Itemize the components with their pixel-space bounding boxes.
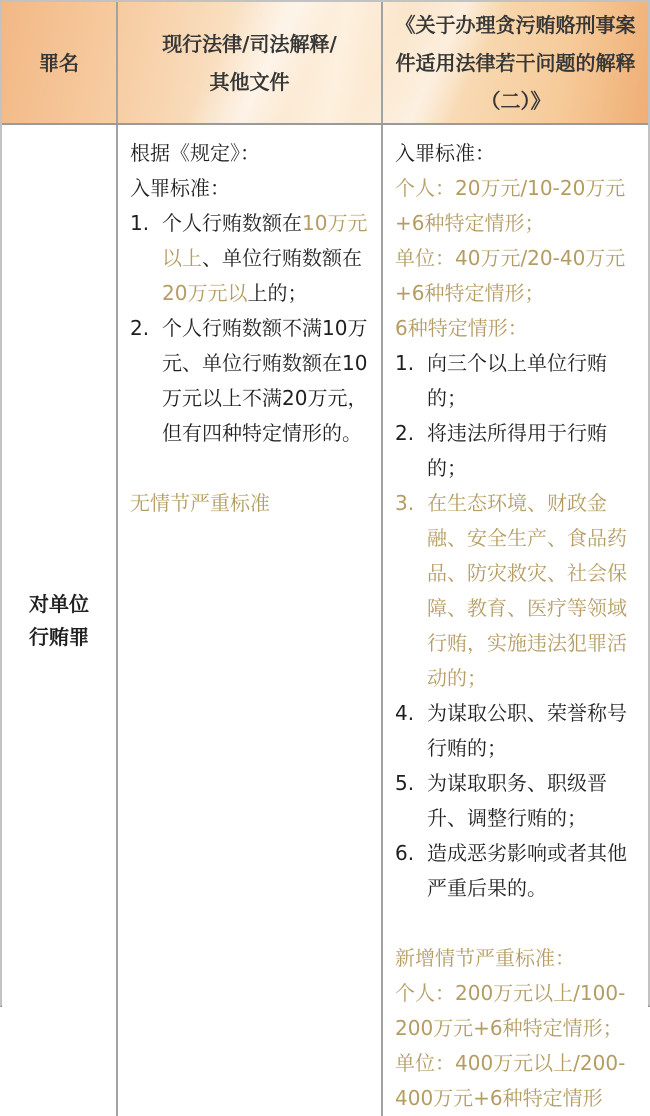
bribery-standards-table: 罪名 现行法律/司法解释/ 其他文件 《关于办理贪污贿赂刑事案 件适用法律若干问…: [0, 0, 650, 1007]
text-segment: 根据《规定》：: [130, 141, 260, 165]
text-segment: 、单位行贿数额在: [202, 246, 362, 270]
spacer: [130, 451, 373, 486]
text-segment: 个人：20万元/10-20万元+6种特定情形；: [395, 176, 625, 235]
list-item-text: 个人行贿数额不满10万元、单位行贿数额在10万元以上不满20万元，但有四种特定情…: [162, 311, 373, 451]
text-segment: 入罪标准：: [130, 176, 230, 200]
list-item: 6.造成恶劣影响或者其他严重后果的。: [395, 836, 640, 906]
list-number: 1.: [130, 206, 162, 311]
list-item: 5.为谋取职务、职级晋升、调整行贿的；: [395, 766, 640, 836]
text-segment: 单位：400万元以上/200-400万元+6种特定情形: [395, 1051, 625, 1110]
text-line: 单位：400万元以上/200-400万元+6种特定情形: [395, 1046, 640, 1116]
header-cell-crime: 罪名: [2, 2, 118, 123]
text-line: 无情节严重标准: [130, 486, 373, 521]
list-number: 2.: [130, 311, 162, 451]
list-item: 1.个人行贿数额在10万元以上、单位行贿数额在20万元以上的；: [130, 206, 373, 311]
text-segment: 将违法所得用于行贿的；: [427, 421, 607, 480]
text-segment: 个人行贿数额在: [162, 211, 302, 235]
table-header-row: 罪名 现行法律/司法解释/ 其他文件 《关于办理贪污贿赂刑事案 件适用法律若干问…: [2, 2, 648, 125]
text-segment: 上的；: [247, 281, 307, 305]
list-item-text: 造成恶劣影响或者其他严重后果的。: [427, 836, 640, 906]
table-body-row: 对单位 行贿罪 根据《规定》：入罪标准：1.个人行贿数额在10万元以上、单位行贿…: [2, 125, 648, 1116]
text-segment: 入罪标准：: [395, 141, 495, 165]
list-item-text: 个人行贿数额在10万元以上、单位行贿数额在20万元以上的；: [162, 206, 373, 311]
text-segment: 个人：200万元以上/100-200万元+6种特定情形；: [395, 981, 625, 1040]
spacer: [395, 906, 640, 941]
list-item-text: 将违法所得用于行贿的；: [427, 416, 640, 486]
text-segment: 单位：40万元/20-40万元+6种特定情形；: [395, 246, 625, 305]
list-item: 3.在生态环境、财政金融、安全生产、食品药品、防灾救灾、社会保障、教育、医疗等领…: [395, 486, 640, 696]
text-segment: 新增情节严重标准：: [395, 946, 575, 970]
header-cell-current-law: 现行法律/司法解释/ 其他文件: [118, 2, 383, 123]
text-line: 入罪标准：: [130, 171, 373, 206]
list-item-text: 在生态环境、财政金融、安全生产、食品药品、防灾救灾、社会保障、教育、医疗等领域行…: [427, 486, 640, 696]
list-item-text: 向三个以上单位行贿的；: [427, 346, 640, 416]
list-number: 2.: [395, 416, 427, 486]
list-number: 3.: [395, 486, 427, 696]
text-segment: 20万元以: [162, 281, 247, 305]
text-line: 单位：40万元/20-40万元+6种特定情形；: [395, 241, 640, 311]
text-line: 根据《规定》：: [130, 136, 373, 171]
text-line: 6种特定情形：: [395, 311, 640, 346]
text-line: 新增情节严重标准：: [395, 941, 640, 976]
list-item: 4.为谋取公职、荣誉称号行贿的；: [395, 696, 640, 766]
list-item: 1.向三个以上单位行贿的；: [395, 346, 640, 416]
list-item: 2.将违法所得用于行贿的；: [395, 416, 640, 486]
text-segment: 在生态环境、财政金融、安全生产、食品药品、防灾救灾、社会保障、教育、医疗等领域行…: [427, 491, 627, 690]
header-cell-interpretation-ii: 《关于办理贪污贿赂刑事案 件适用法律若干问题的解释 （二）》: [383, 2, 648, 123]
text-segment: 造成恶劣影响或者其他严重后果的。: [427, 841, 627, 900]
interpretation-ii-cell: 入罪标准：个人：20万元/10-20万元+6种特定情形；单位：40万元/20-4…: [383, 125, 648, 1116]
text-segment: 为谋取公职、荣誉称号行贿的；: [427, 701, 627, 760]
text-line: 个人：200万元以上/100-200万元+6种特定情形；: [395, 976, 640, 1046]
text-segment: 为谋取职务、职级晋升、调整行贿的；: [427, 771, 607, 830]
text-line: 入罪标准：: [395, 136, 640, 171]
list-number: 1.: [395, 346, 427, 416]
text-segment: 向三个以上单位行贿的；: [427, 351, 607, 410]
text-line: 个人：20万元/10-20万元+6种特定情形；: [395, 171, 640, 241]
text-segment: 6种特定情形：: [395, 316, 528, 340]
list-item-text: 为谋取职务、职级晋升、调整行贿的；: [427, 766, 640, 836]
text-segment: 个人行贿数额不满10万元、单位行贿数额在10万元以上不满20万元，但有四种特定情…: [162, 316, 367, 445]
text-segment: 无情节严重标准: [130, 491, 270, 515]
crime-name-cell: 对单位 行贿罪: [2, 125, 118, 1116]
list-item: 2.个人行贿数额不满10万元、单位行贿数额在10万元以上不满20万元，但有四种特…: [130, 311, 373, 451]
list-item-text: 为谋取公职、荣誉称号行贿的；: [427, 696, 640, 766]
list-number: 6.: [395, 836, 427, 906]
current-law-cell: 根据《规定》：入罪标准：1.个人行贿数额在10万元以上、单位行贿数额在20万元以…: [118, 125, 383, 1116]
list-number: 4.: [395, 696, 427, 766]
list-number: 5.: [395, 766, 427, 836]
